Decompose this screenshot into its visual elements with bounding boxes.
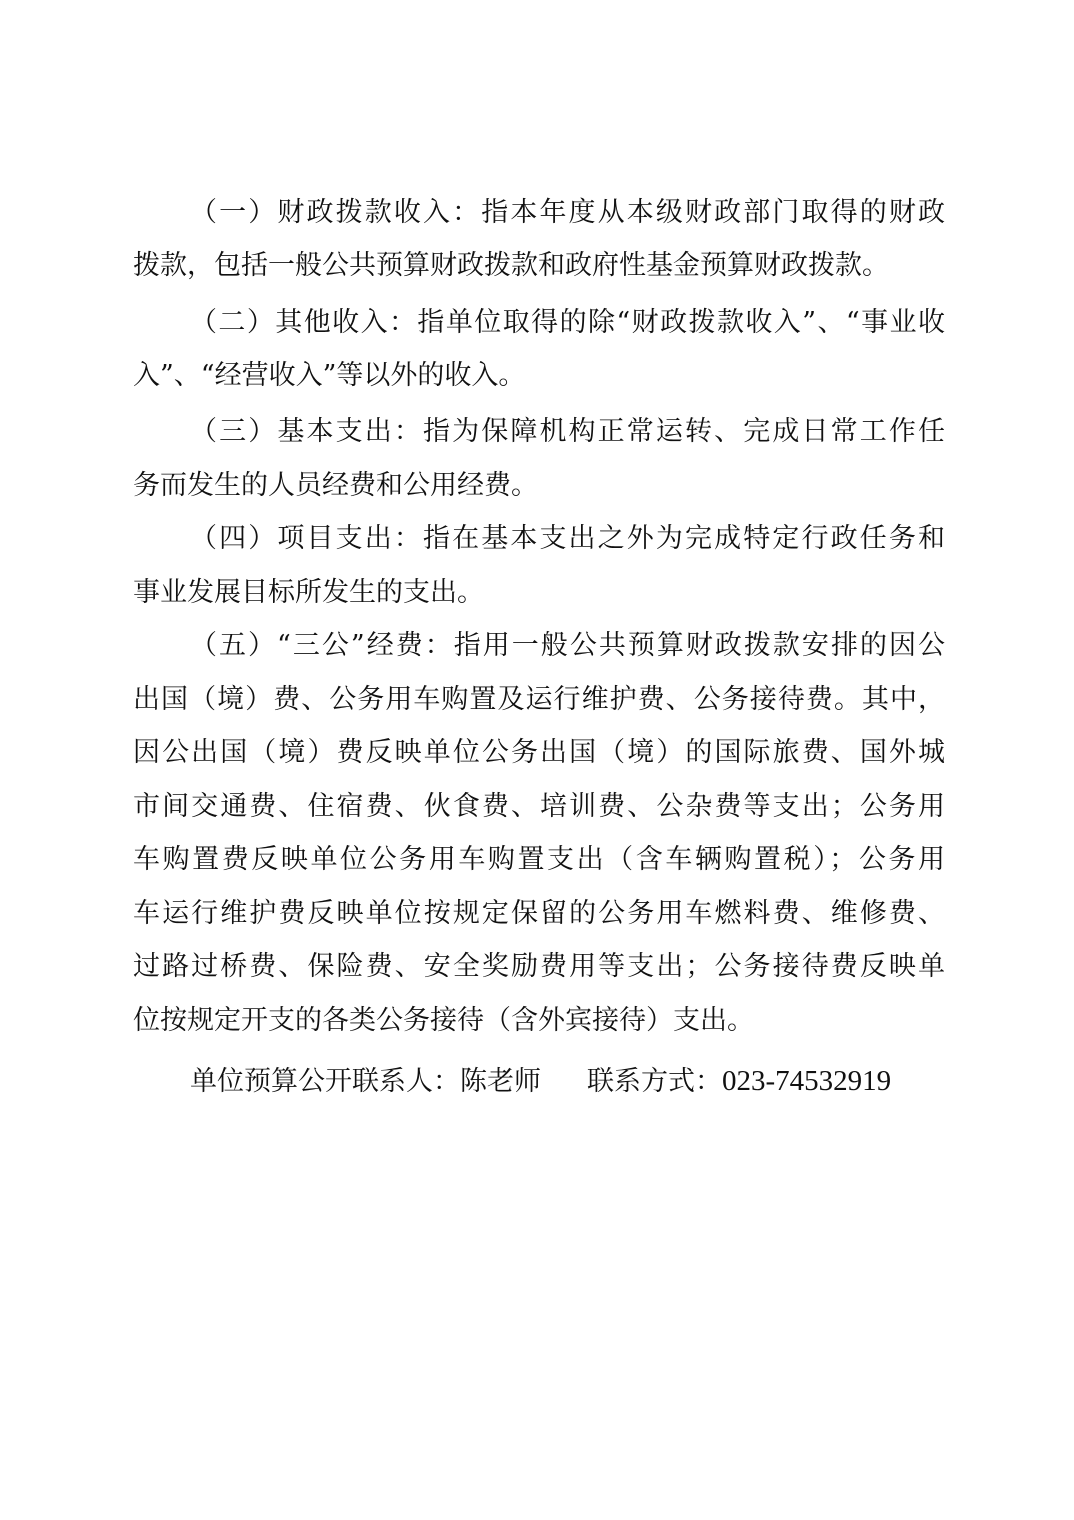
document-page: （一）财政拨款收入：指本年度从本级财政部门取得的财政 拨款，包括一般公共预算财政… xyxy=(0,0,1074,1520)
paragraph-5-line-2: 出国（境）费、公务用车购置及运行维护费、公务接待费。其中， xyxy=(133,680,945,720)
paragraph-3-line-1: （三）基本支出：指为保障机构正常运转、完成日常工作任 xyxy=(190,412,945,452)
contact-phone-number: 023-74532919 xyxy=(722,1065,891,1097)
paragraph-5-line-6: 车运行维护费反映单位按规定保留的公务用车燃料费、维修费、 xyxy=(133,894,945,934)
paragraph-2-line-1: （二）其他收入：指单位取得的除“财政拨款收入”、“事业收 xyxy=(190,303,945,343)
paragraph-1-line-2: 拨款，包括一般公共预算财政拨款和政府性基金预算财政拨款。 xyxy=(133,246,945,286)
paragraph-5-line-8: 位按规定开支的各类公务接待（含外宾接待）支出。 xyxy=(133,1001,945,1041)
contact-person-label: 单位预算公开联系人： xyxy=(190,1066,460,1097)
paragraph-2-line-2: 入”、“经营收入”等以外的收入。 xyxy=(133,356,945,396)
paragraph-5-line-5: 车购置费反映单位公务用车购置支出（含车辆购置税）；公务用 xyxy=(133,840,945,880)
paragraph-5-line-3: 因公出国（境）费反映单位公务出国（境）的国际旅费、国外城 xyxy=(133,733,945,773)
paragraph-3-line-2: 务而发生的人员经费和公用经费。 xyxy=(133,466,945,506)
paragraph-5-line-1: （五）“三公”经费：指用一般公共预算财政拨款安排的因公 xyxy=(190,626,945,666)
paragraph-4-line-1: （四）项目支出：指在基本支出之外为完成特定行政任务和 xyxy=(190,519,945,559)
paragraph-5-line-4: 市间交通费、住宿费、伙食费、培训费、公杂费等支出；公务用 xyxy=(133,787,945,827)
paragraph-5-line-7: 过路过桥费、保险费、安全奖励费用等支出；公务接待费反映单 xyxy=(133,947,945,987)
paragraph-1-line-1: （一）财政拨款收入：指本年度从本级财政部门取得的财政 xyxy=(190,193,945,233)
paragraph-4-line-2: 事业发展目标所发生的支出。 xyxy=(133,573,945,613)
contact-phone-label: 联系方式： xyxy=(587,1066,722,1097)
contact-line: 单位预算公开联系人：陈老师联系方式：023-74532919 xyxy=(190,1061,930,1101)
contact-person-name: 陈老师 xyxy=(460,1066,541,1097)
